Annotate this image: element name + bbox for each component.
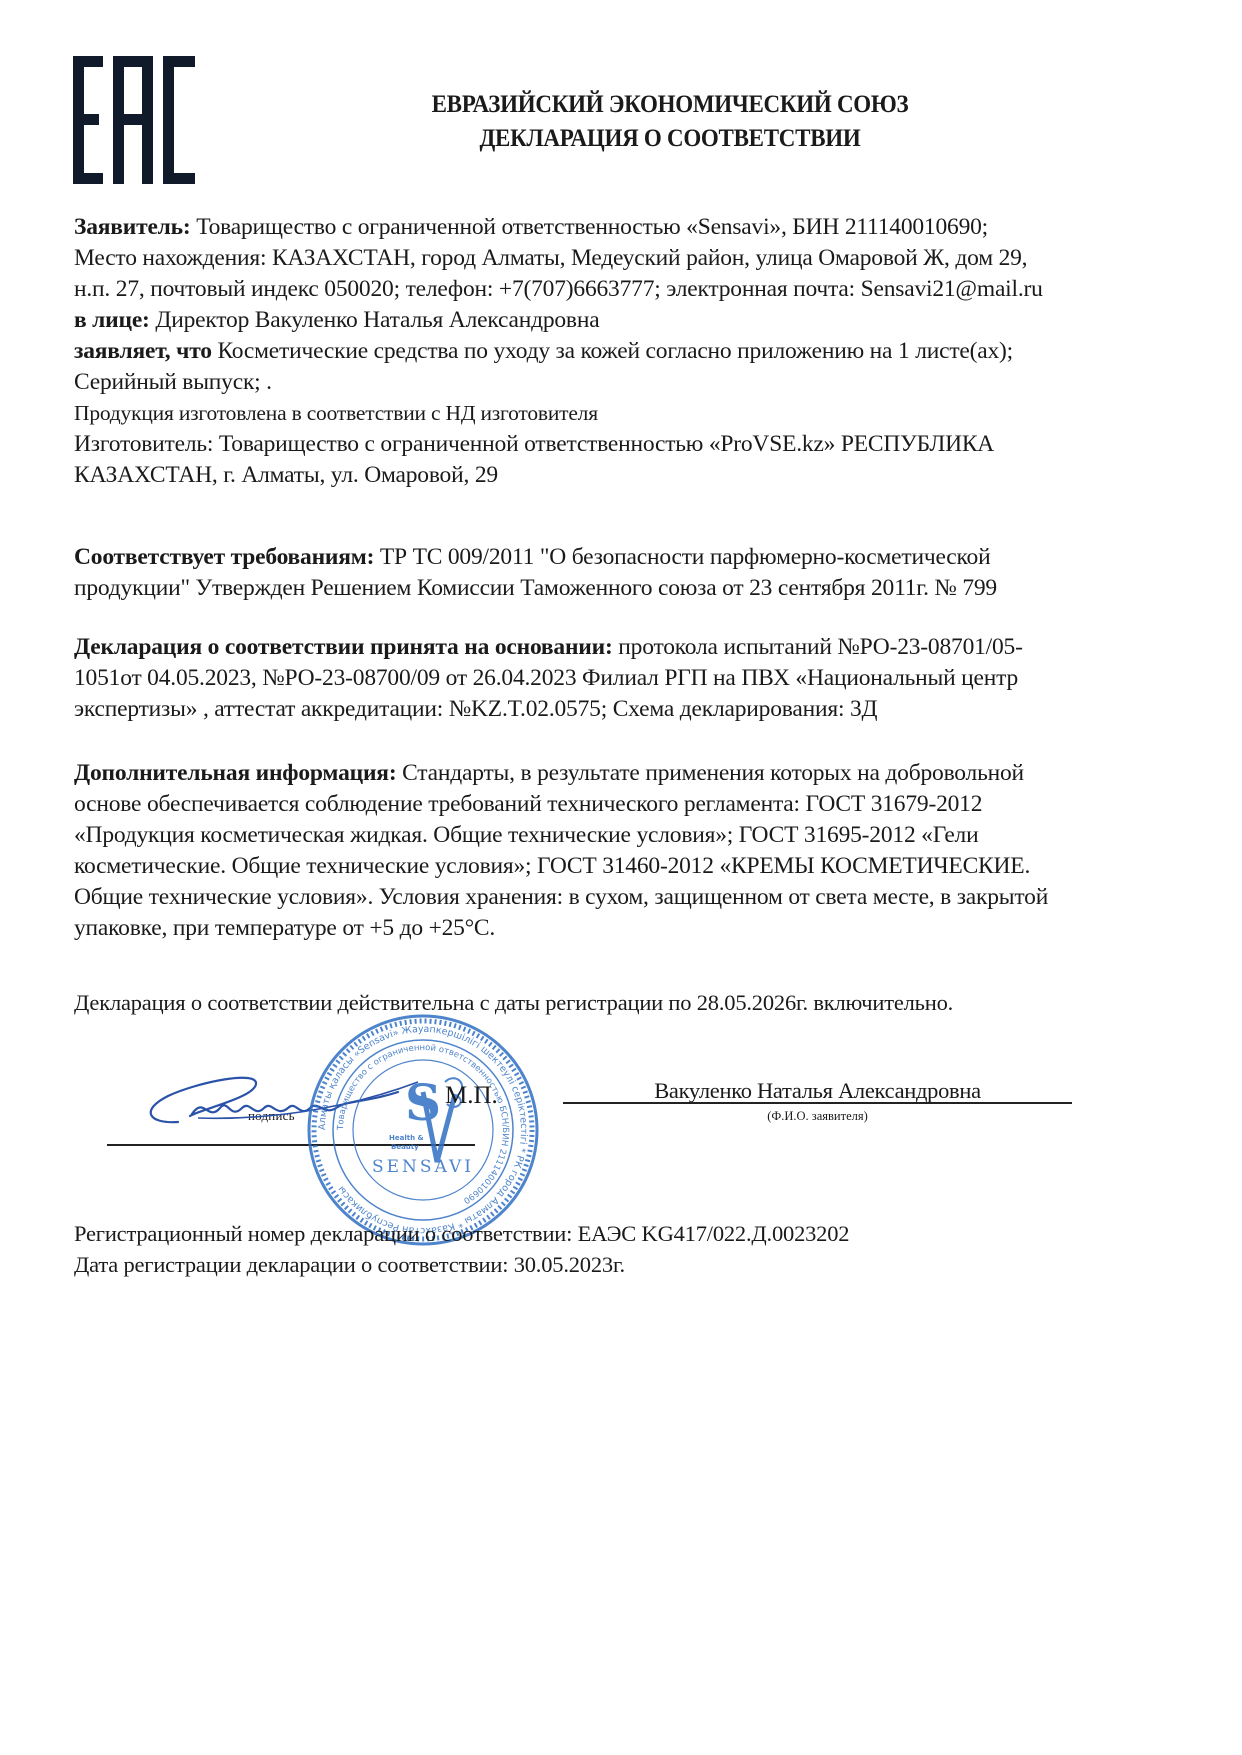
serial-line: Серийный выпуск; . (74, 367, 1174, 398)
eac-mark-icon (73, 56, 195, 184)
additional-info-line-2: основе обеспечивается соблюдение требова… (74, 789, 1174, 820)
registration-section: Регистрационный номер декларации о соотв… (74, 1218, 1174, 1280)
svg-text:Алматы қаласы «Sensavi» Жауапк: Алматы қаласы «Sensavi» Жауапкершілігі ш… (317, 1024, 529, 1236)
stamp-place-label: М.П. (445, 1082, 498, 1110)
additional-info-line-6: упаковке, при температуре от +5 до +25°С… (74, 913, 1174, 944)
applicant-label: Заявитель: (74, 214, 191, 240)
applicant-section: Заявитель: Товарищество с ограниченной о… (74, 212, 1174, 491)
conforms-line-2: продукции" Утвержден Решением Комиссии Т… (74, 573, 1174, 604)
validity-section: Декларация о соответствии действительна … (74, 987, 1174, 1018)
additional-info-value: Стандарты, в результате применения котор… (396, 760, 1023, 786)
seal-icon: Алматы қаласы «Sensavi» Жауапкершілігі ш… (305, 1012, 541, 1248)
applicant-address-line-1: Место нахождения: КАЗАХСТАН, город Алмат… (74, 243, 1174, 274)
declares-label: заявляет, что (74, 338, 212, 364)
basis-section: Декларация о соответствии принята на осн… (74, 632, 1174, 725)
conforms-value: ТР ТС 009/2011 "О безопасности парфюмерн… (374, 544, 990, 570)
validity-text: Декларация о соответствии действительна … (74, 987, 1174, 1018)
additional-info-section: Дополнительная информация: Стандарты, в … (74, 758, 1174, 944)
conforms-label: Соответствует требованиям: (74, 544, 374, 570)
additional-info-line-4: косметические. Общие технические условия… (74, 851, 1174, 882)
declares-value: Косметические средства по уходу за кожей… (212, 338, 1013, 364)
additional-info-label: Дополнительная информация: (74, 760, 396, 786)
registration-number: Регистрационный номер декларации о соотв… (74, 1218, 1174, 1249)
representative-label: в лице: (74, 307, 150, 333)
basis-line-3: экспертизы» , аттестат аккредитации: №KZ… (74, 694, 1174, 725)
name-line (563, 1102, 1072, 1104)
manufacturer-line-2: КАЗАХСТАН, г. Алматы, ул. Омаровой, 29 (74, 460, 1174, 491)
applicant-value: Товарищество с ограниченной ответственно… (191, 214, 989, 240)
basis-label: Декларация о соответствии принята на осн… (74, 634, 613, 660)
registration-date: Дата регистрации декларации о соответств… (74, 1249, 1174, 1280)
additional-info-line-1: Дополнительная информация: Стандарты, в … (74, 758, 1174, 789)
conforms-line-1: Соответствует требованиям: ТР ТС 009/201… (74, 542, 1174, 573)
signature-icon (138, 1062, 428, 1142)
declaration-title: ДЕКЛАРАЦИЯ О СООТВЕТСТВИИ (366, 122, 973, 156)
basis-value: протокола испытаний №РО-23-08701/05- (613, 634, 1023, 660)
applicant-name: Вакуленко Наталья Александровна (563, 1078, 1072, 1104)
signature-line (107, 1144, 475, 1146)
applicant-address-line-2: н.п. 27, почтовый индекс 050020; телефон… (74, 274, 1174, 305)
basis-line-1: Декларация о соответствии принята на осн… (74, 632, 1174, 663)
eac-logo (73, 56, 195, 184)
svg-text:Товарищество с ограниченной от: Товарищество с ограниченной ответственно… (336, 1043, 510, 1205)
representative-line: в лице: Директор Вакуленко Наталья Алекс… (74, 305, 1174, 336)
additional-info-line-3: «Продукция косметическая жидкая. Общие т… (74, 820, 1174, 851)
basis-line-2: 1051от 04.05.2023, №РО-23-08700/09 от 26… (74, 663, 1174, 694)
applicant-name-caption: (Ф.И.О. заявителя) (563, 1109, 1072, 1124)
representative-value: Директор Вакуленко Наталья Александровна (150, 307, 600, 333)
produced-line: Продукция изготовлена в соответствии с Н… (74, 398, 1174, 429)
document-title: ЕВРАЗИЙСКИЙ ЭКОНОМИЧЕСКИЙ СОЮЗ ДЕКЛАРАЦИ… (366, 88, 973, 156)
additional-info-line-5: Общие технические условия». Условия хран… (74, 882, 1174, 913)
manufacturer-line-1: Изготовитель: Товарищество с ограниченно… (74, 429, 1174, 460)
company-seal: Алматы қаласы «Sensavi» Жауапкершілігі ш… (305, 1012, 541, 1248)
declares-line: заявляет, что Косметические средства по … (74, 336, 1174, 367)
svg-text:SENSAVI: SENSAVI (372, 1157, 474, 1177)
svg-text:Health &: Health & (389, 1134, 424, 1142)
applicant-line: Заявитель: Товарищество с ограниченной о… (74, 212, 1174, 243)
signature-label: подпись (248, 1108, 295, 1124)
union-name: ЕВРАЗИЙСКИЙ ЭКОНОМИЧЕСКИЙ СОЮЗ (366, 88, 973, 122)
svg-text:S: S (405, 1073, 441, 1132)
handwritten-signature (138, 1062, 428, 1142)
conforms-section: Соответствует требованиям: ТР ТС 009/201… (74, 542, 1174, 604)
